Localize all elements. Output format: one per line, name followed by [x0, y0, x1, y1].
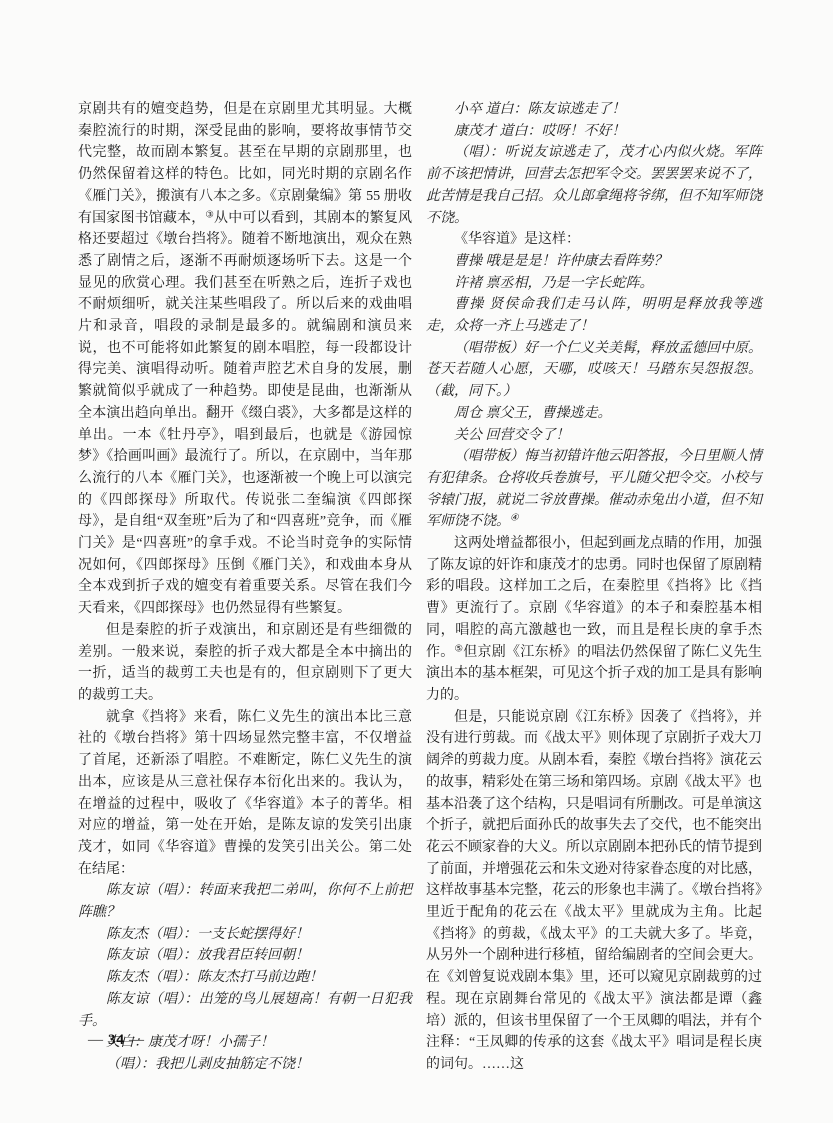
dialog-line: 陈友谅（唱）：转面来我把二弟叫，你何不上前把阵瞧？ — [78, 880, 412, 923]
paragraph: 但是秦腔的折子戏演出，和京剧还是有些细微的差别。一般来说，秦腔的折子戏大都是全本… — [78, 620, 412, 707]
footnote-marker: ④ — [510, 514, 519, 524]
dialog-line: 许褚 禀丞相，乃是一字长蛇阵。 — [426, 273, 762, 295]
dialog-line: 陈友谅（唱）：出笼的鸟儿展翅高！有朝一日犯我手。 — [78, 989, 412, 1032]
left-column: 京剧共有的嬗变趋势，但是在京剧里尤其明显。大概秦腔流行的时期，深受昆曲的影响，要… — [78, 99, 412, 1076]
right-column: 小卒 道白：陈友谅逃走了！康茂才 道白：哎呀！不好！（唱）：听说友谅逃走了，茂才… — [426, 99, 762, 1076]
dialog-line: 小卒 道白：陈友谅逃走了！ — [426, 99, 762, 121]
dialog-line: （唱）：听说友谅逃走了，茂才心内似火烧。军阵前不该把情讲，回营去怎把军令交。罢罢… — [426, 142, 762, 229]
dialog-line: （唱）：我把儿剥皮抽筋定不饶！ — [78, 1054, 412, 1076]
dialog-line: 曹操 贤侯命我们走马认阵，明明是释放我等逃走，众将一齐上马逃走了！ — [426, 294, 762, 337]
paragraph: 这两处增益都很小，但起到画龙点睛的作用，加强了陈友谅的奸诈和康茂才的忠勇。同时也… — [426, 533, 762, 707]
dialog-line: （唱带板）好一个仁义关美髯，释放孟德回中原。苍天若随人心愿，天哪，哎咳天！马踏东… — [426, 338, 762, 403]
dialog-line: 陈友谅（唱）：放我君臣转回朝！ — [78, 945, 412, 967]
dialog-line: 周仓 禀父王，曹操逃走。 — [426, 403, 762, 425]
paragraph: 京剧共有的嬗变趋势，但是在京剧里尤其明显。大概秦腔流行的时期，深受昆曲的影响，要… — [78, 99, 412, 620]
dialog-line: 康茂才 道白：哎呀！不好！ — [426, 121, 762, 143]
footer-dash-right: — — [129, 1032, 145, 1048]
footnote-marker: ③ — [205, 210, 214, 220]
page-number: 34 — [104, 1032, 129, 1048]
paragraph: 但是，只能说京剧《江东桥》因袭了《挡将》，并没有进行剪裁。而《战太平》则体现了京… — [426, 707, 762, 1076]
paragraph: 就拿《挡将》来看，陈仁义先生的演出本比三意社的《墩台挡将》第十四场显然完整丰富，… — [78, 707, 412, 881]
dialog-line: 关公 回营交令了！ — [426, 425, 762, 447]
dialog-line: 陈友杰（唱）：一支长蛇摆得好！ — [78, 924, 412, 946]
page-footer: —34— — [88, 1032, 145, 1049]
footnote-marker: ⑤ — [454, 644, 463, 654]
dialog-line: （唱带板）悔当初错许他云阳答报，今日里顺人情有犯律条。仓将收兵卷旗号，平儿随父把… — [426, 446, 762, 533]
dialog-line: 陈友杰（唱）：陈友杰打马前边跑！ — [78, 967, 412, 989]
document-page: 京剧共有的嬗变趋势，但是在京剧里尤其明显。大概秦腔流行的时期，深受昆曲的影响，要… — [0, 0, 833, 1123]
paragraph: 《华容道》是这样： — [426, 229, 762, 251]
footer-dash-left: — — [88, 1032, 104, 1048]
dialog-line: 曹操 哦是是是！许仲康去看阵势？ — [426, 251, 762, 273]
